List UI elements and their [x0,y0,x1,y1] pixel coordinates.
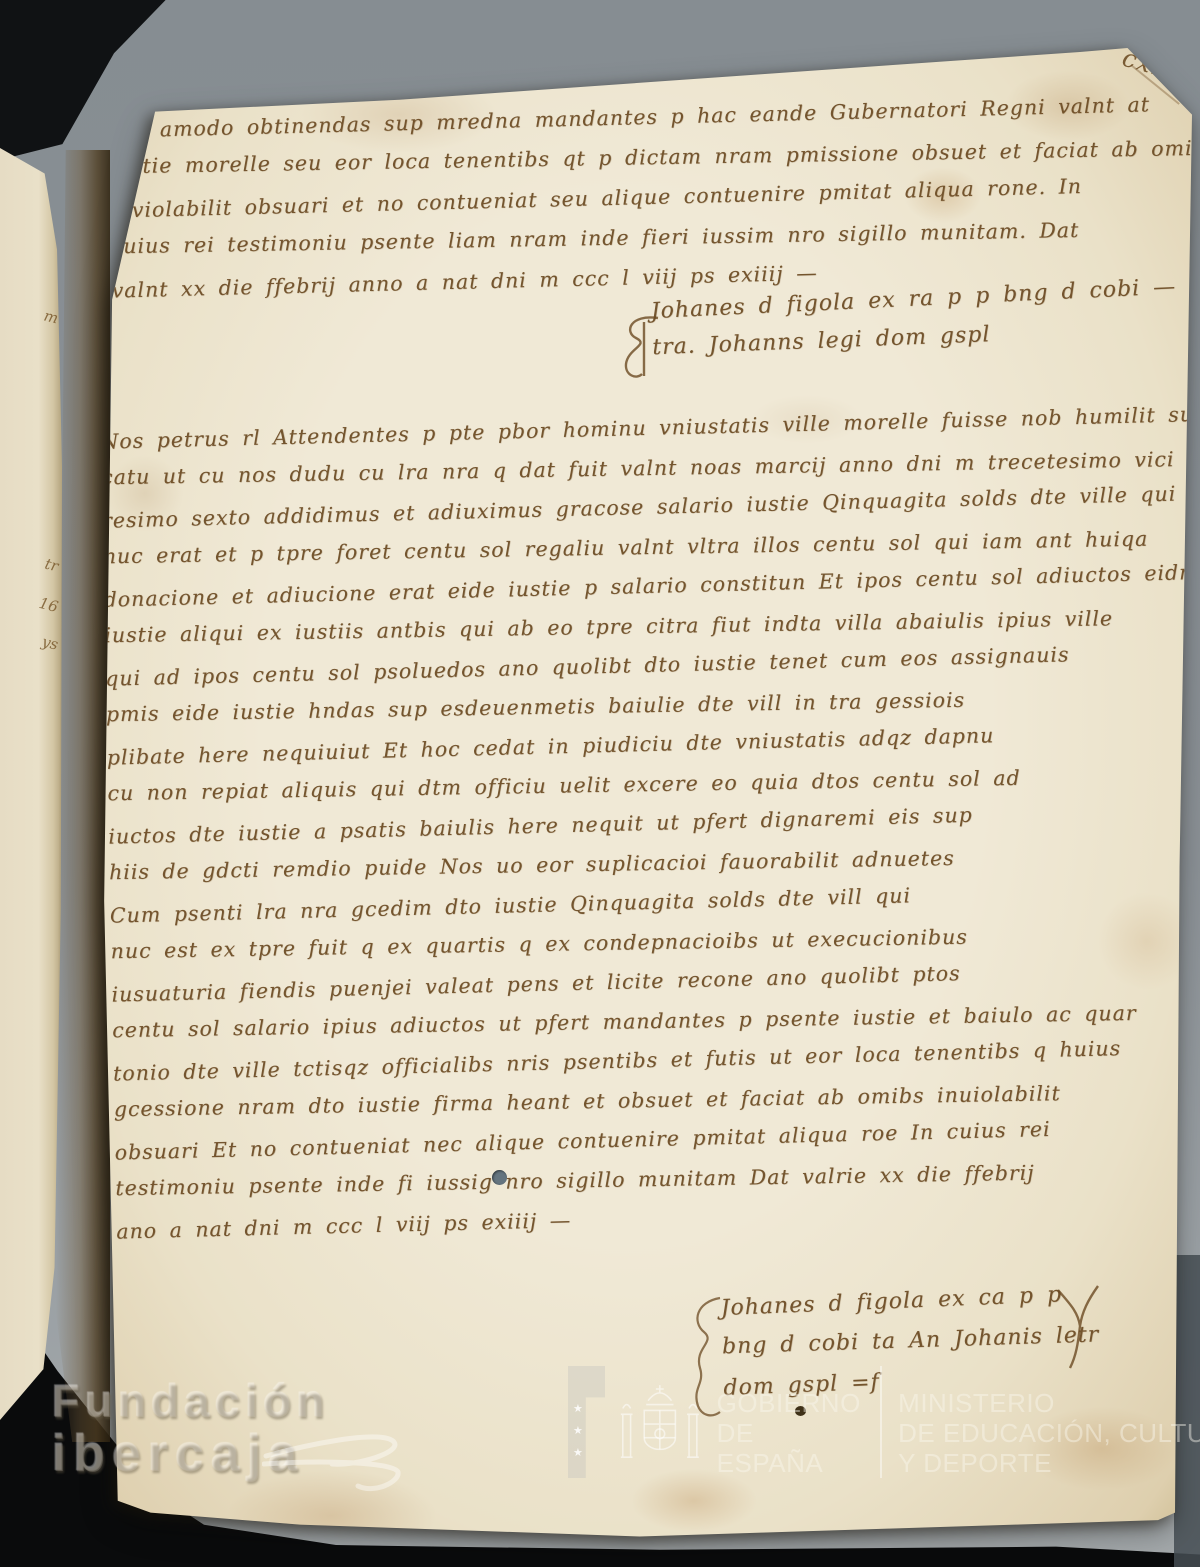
notarial-subscription-2: Johanes d figola ex ca p p bng d cobi ta… [720,1274,1124,1408]
ink-blot [795,1406,806,1416]
margin-fragment: ys [40,632,60,653]
margin-fragment: m [42,307,60,328]
photo-stage: m tr 16 ys 6 cxiij 8 seu amodo obtinenda… [0,0,1200,1567]
text-block-1: seu amodo obtinendas sup mredna mandante… [108,88,1127,308]
facing-page-edge: m tr 16 ys 6 [0,148,62,1420]
margin-fragment: 16 [37,594,60,616]
folio-number: cxiij [1119,43,1182,87]
margin-fragment: tr [43,555,60,576]
prev-page-number: 6 [44,1347,60,1370]
subscription-brace-flourish [690,1292,724,1422]
text-block-2: Nos petrus rl Attendentes p pte pbor hom… [100,399,1164,1249]
pencil-page-mark: 8 [754,47,772,74]
wormhole [492,1170,507,1185]
parchment: cxiij 8 seu amodo obtinendas sup mredna … [60,46,1192,1538]
manuscript-page: cxiij 8 seu amodo obtinendas sup mredna … [60,46,1192,1538]
